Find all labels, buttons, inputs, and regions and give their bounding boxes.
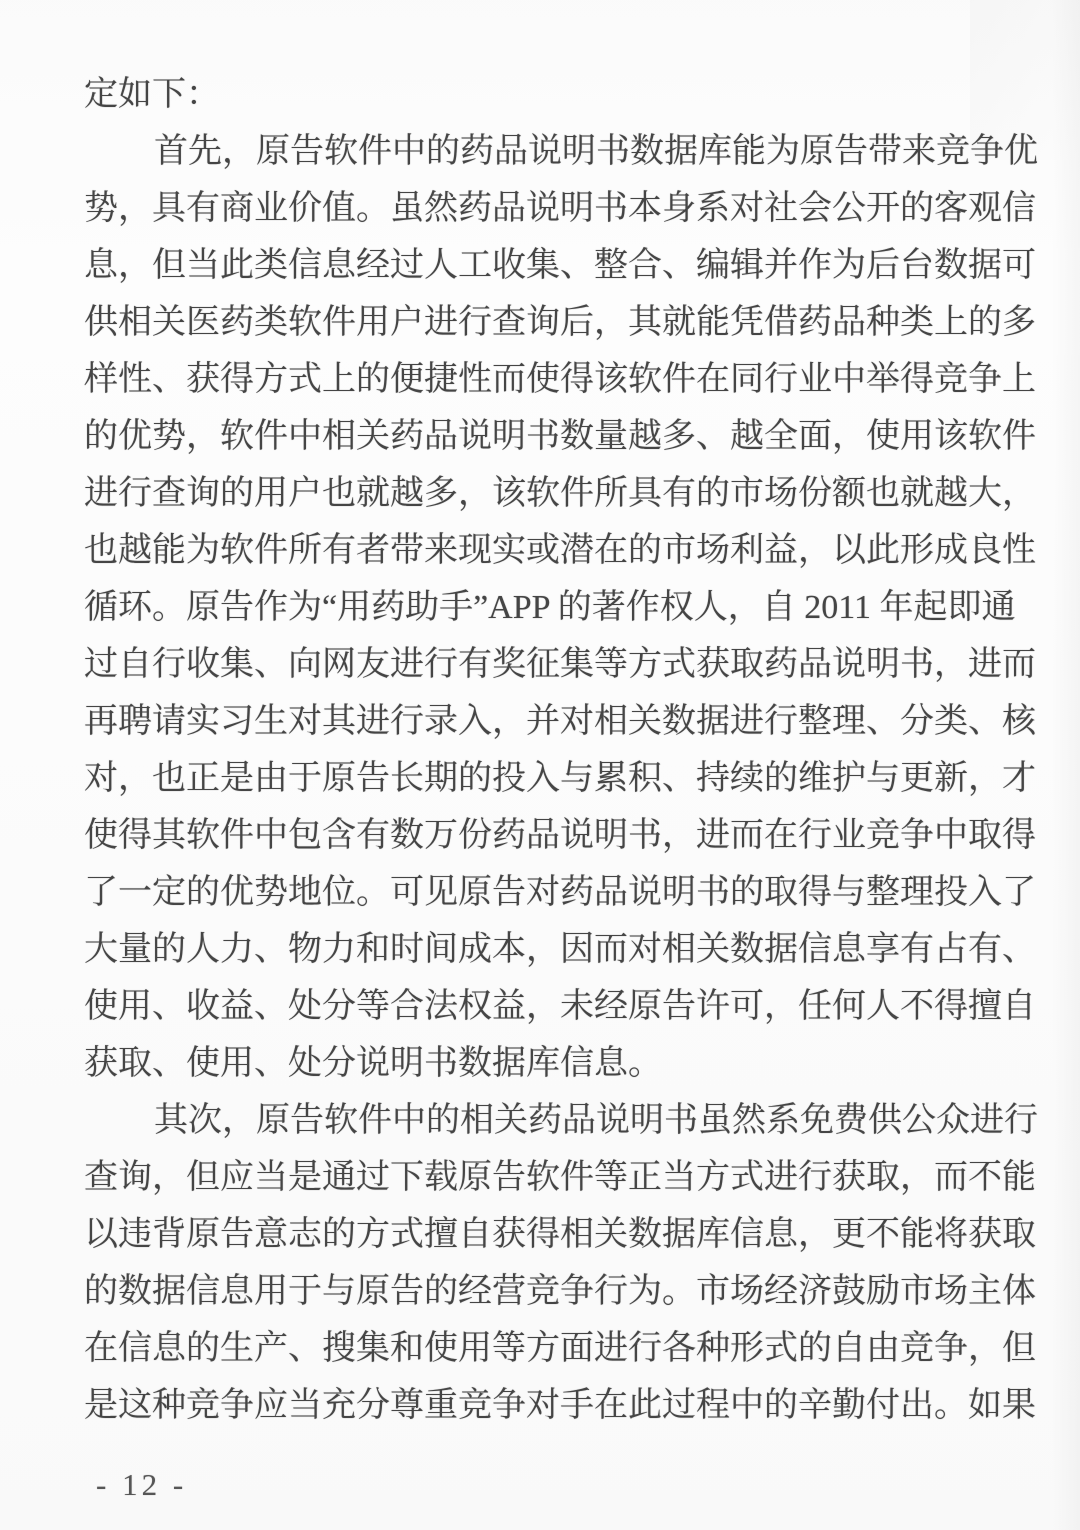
text-line: 查询，但应当是通过下载原告软件等正当方式进行获取，而不能	[84, 1149, 996, 1206]
text-line: 样性、获得方式上的便捷性而使得该软件在同行业中举得竞争上	[84, 351, 996, 408]
text-line: 循环。原告作为“用药助手”APP 的著作权人，自 2011 年起即通	[84, 579, 996, 636]
text-line: 使得其软件中包含有数万份药品说明书，进而在行业竞争中取得	[84, 807, 996, 864]
text-line: 对，也正是由于原告长期的投入与累积、持续的维护与更新，才	[84, 750, 996, 807]
text-line: 了一定的优势地位。可见原告对药品说明书的取得与整理投入了	[84, 864, 996, 921]
page-number: - 12 -	[96, 1466, 187, 1504]
text-line: 息，但当此类信息经过人工收集、整合、编辑并作为后台数据可	[84, 237, 996, 294]
text-line: 在信息的生产、搜集和使用等方面进行各种形式的自由竞争，但	[84, 1320, 996, 1377]
text-line: 以违背原告意志的方式擅自获得相关数据库信息，更不能将获取	[84, 1206, 996, 1263]
text-line: 首先，原告软件中的药品说明书数据库能为原告带来竞争优	[84, 123, 996, 180]
text-line: 其次，原告软件中的相关药品说明书虽然系免费供公众进行	[84, 1092, 996, 1149]
text-line: 进行查询的用户也就越多，该软件所具有的市场份额也就越大，	[84, 465, 996, 522]
scanned-document-page: 定如下： 首先，原告软件中的药品说明书数据库能为原告带来竞争优 势，具有商业价值…	[0, 0, 1080, 1530]
text-line: 的优势，软件中相关药品说明书数量越多、越全面，使用该软件	[84, 408, 996, 465]
text-line: 大量的人力、物力和时间成本，因而对相关数据信息享有占有、	[84, 921, 996, 978]
text-line: 供相关医药类软件用户进行查询后，其就能凭借药品种类上的多	[84, 294, 996, 351]
text-line: 使用、收益、处分等合法权益，未经原告许可，任何人不得擅自	[84, 978, 996, 1035]
text-line: 是这种竞争应当充分尊重竞争对手在此过程中的辛勤付出。如果	[84, 1377, 996, 1434]
text-line: 获取、使用、处分说明书数据库信息。	[84, 1035, 996, 1092]
text-line: 的数据信息用于与原告的经营竞争行为。市场经济鼓励市场主体	[84, 1263, 996, 1320]
text-line: 也越能为软件所有者带来现实或潜在的市场利益，以此形成良性	[84, 522, 996, 579]
text-line: 定如下：	[84, 66, 996, 123]
text-line: 过自行收集、向网友进行有奖征集等方式获取药品说明书，进而	[84, 636, 996, 693]
text-line: 再聘请实习生对其进行录入，并对相关数据进行整理、分类、核	[84, 693, 996, 750]
document-body: 定如下： 首先，原告软件中的药品说明书数据库能为原告带来竞争优 势，具有商业价值…	[84, 66, 996, 1434]
text-line: 势，具有商业价值。虽然药品说明书本身系对社会公开的客观信	[84, 180, 996, 237]
